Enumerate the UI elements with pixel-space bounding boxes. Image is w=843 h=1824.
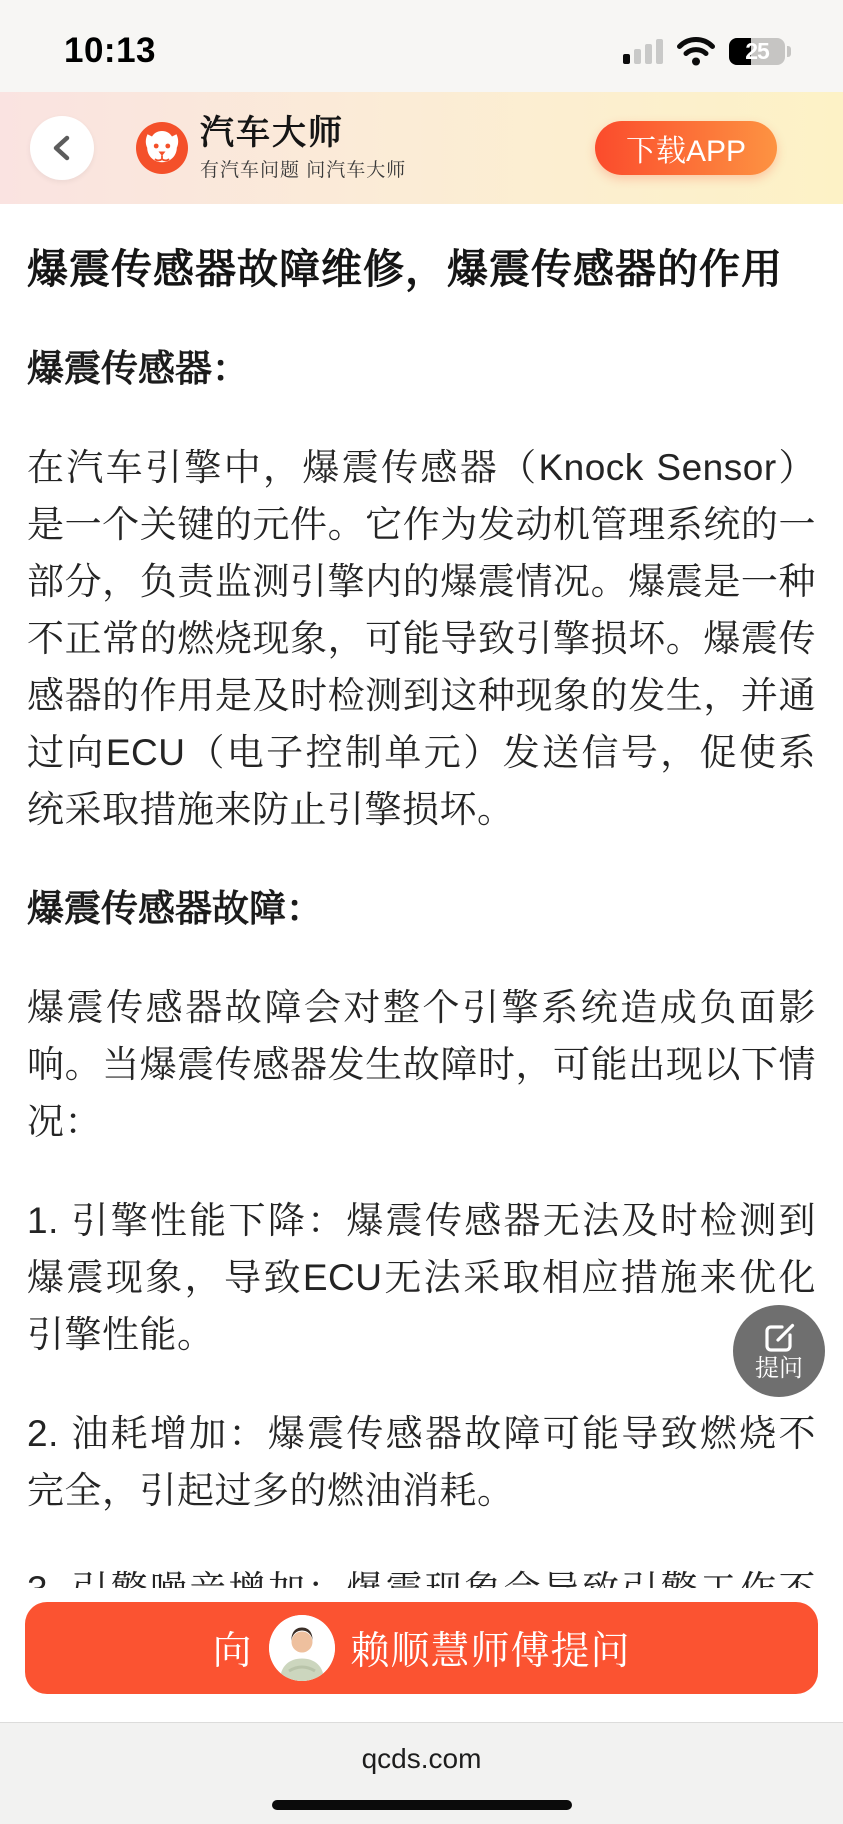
lion-logo-icon — [136, 122, 188, 174]
phone-screen: 10:13 25 — [0, 0, 843, 1824]
article-content: 爆震传感器故障维修，爆震传感器的作用 爆震传感器： 在汽车引擎中，爆震传感器（K… — [0, 204, 843, 1675]
paragraph: 爆震传感器故障会对整个引擎系统造成负面影响。当爆震传感器发生故障时，可能出现以下… — [27, 979, 816, 1150]
battery-percent: 25 — [729, 38, 785, 65]
download-app-button[interactable]: 下载APP — [595, 121, 777, 175]
brand-logo[interactable]: 汽车大师 有汽车问题 问汽车大师 — [136, 115, 406, 182]
floating-ask-button[interactable]: 提问 — [733, 1305, 825, 1397]
cta-prefix: 向 — [212, 1620, 252, 1676]
paragraph: 在汽车引擎中，爆震传感器（Knock Sensor）是一个关键的元件。它作为发动… — [27, 439, 816, 838]
list-item-2: 2. 油耗增加：爆震传感器故障可能导致燃烧不完全，引起过多的燃油消耗。 — [27, 1405, 816, 1519]
status-icons: 25 — [623, 36, 791, 66]
expert-avatar — [269, 1615, 335, 1681]
site-domain[interactable]: qcds.com — [362, 1743, 482, 1775]
app-banner: 汽车大师 有汽车问题 问汽车大师 下载APP — [0, 92, 843, 204]
ask-expert-button[interactable]: 向 赖顺慧师傅提问 — [25, 1602, 818, 1694]
wifi-icon — [676, 36, 716, 66]
brand-name: 汽车大师 — [200, 115, 406, 151]
compose-icon — [761, 1321, 797, 1355]
brand-tagline: 有汽车问题 问汽车大师 — [200, 155, 406, 182]
status-time: 10:13 — [64, 31, 156, 71]
list-item-1: 1. 引擎性能下降：爆震传感器无法及时检测到爆震现象，导致ECU无法采取相应措施… — [27, 1192, 816, 1363]
cta-container: 向 赖顺慧师傅提问 — [0, 1588, 843, 1722]
chevron-left-icon — [48, 133, 76, 163]
home-indicator[interactable] — [272, 1800, 572, 1810]
section-heading: 爆震传感器故障： — [27, 880, 816, 937]
section-heading: 爆震传感器： — [27, 340, 816, 397]
site-footer: qcds.com — [0, 1722, 843, 1824]
back-button[interactable] — [30, 116, 94, 180]
status-bar: 10:13 25 — [0, 0, 843, 92]
article-title: 爆震传感器故障维修，爆震传感器的作用 — [27, 240, 816, 298]
cellular-signal-icon — [623, 39, 663, 64]
battery-icon: 25 — [729, 38, 791, 65]
brand-text: 汽车大师 有汽车问题 问汽车大师 — [200, 115, 406, 182]
bottom-bar: 向 赖顺慧师傅提问 qcds.com — [0, 1588, 843, 1824]
floating-ask-label: 提问 — [755, 1356, 803, 1382]
cta-label: 赖顺慧师傅提问 — [351, 1620, 631, 1676]
